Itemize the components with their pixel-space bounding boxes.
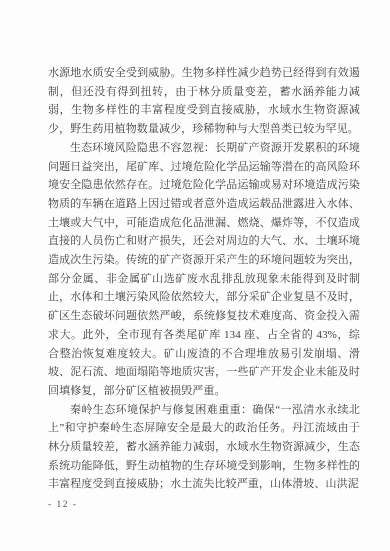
- paragraph-water-source-continuation: 水源地水质安全受到威胁。生物多样性减少趋势已经得到有效遏制，但还没有得到扭转，由…: [48, 64, 360, 139]
- page-footer: - 12 -: [48, 500, 78, 510]
- page-number: - 12 -: [48, 500, 78, 510]
- paragraph-qinling-protection: 秦岭生态环境保护与修复困难重重：确保“一泓清水永续北上”和守护秦岭生态屏障安全是…: [48, 401, 360, 495]
- body-text: 水源地水质安全受到威胁。生物多样性减少趋势已经得到有效遏制，但还没有得到扭转，由…: [48, 64, 360, 494]
- paragraph-eco-environment-risk: 生态环境风险隐患不容忽视：长期矿产资源开发累积的环境问题日益突出，尾矿库、过境危…: [48, 139, 360, 401]
- document-page: 水源地水质安全受到威胁。生物多样性减少趋势已经得到有效遏制，但还没有得到扭转，由…: [0, 0, 390, 551]
